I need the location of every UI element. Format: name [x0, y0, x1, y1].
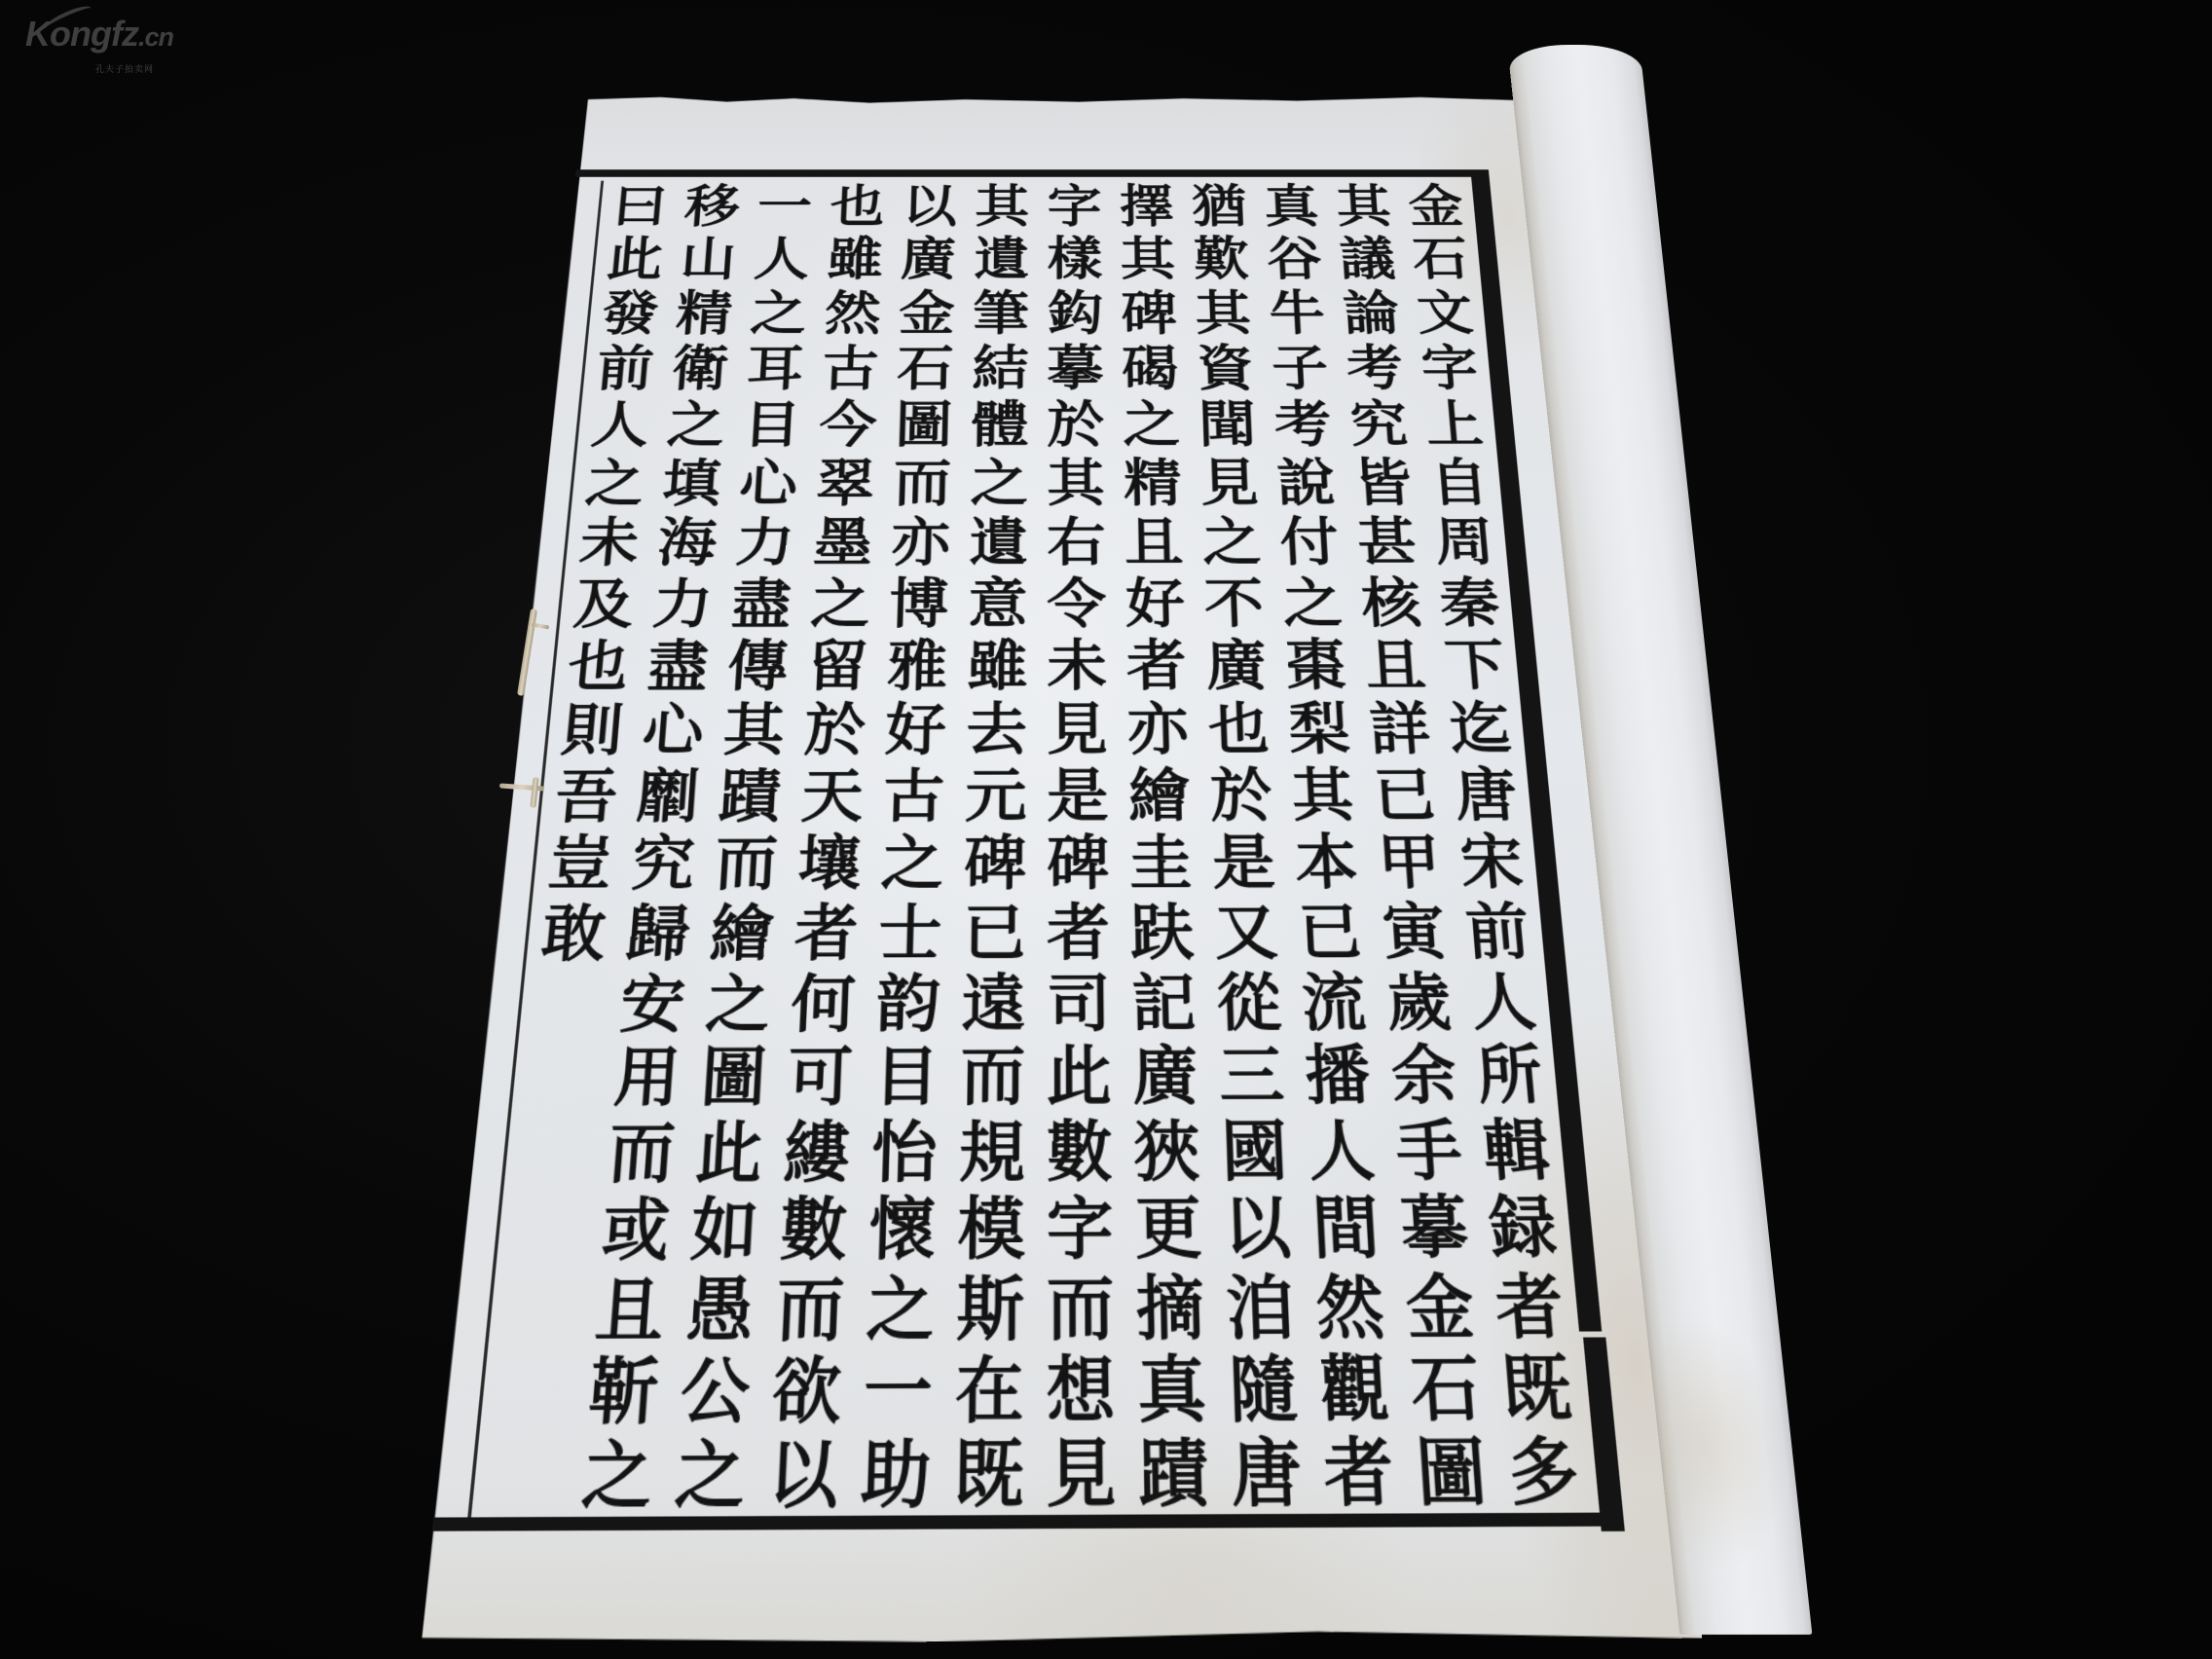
book-page: 金石文字上自周秦下迄唐宋前人所輯録者既多 其議論考究皆甚核且詳已甲寅歲余手摹金石…: [435, 173, 1608, 1524]
text-column-6: 字樣鈎摹於其右令未見是碑者司此數字而想見: [1038, 182, 1113, 1536]
watermark-logo: Kongfz.cn 孔夫子拍卖网: [23, 8, 194, 80]
watermark-brand-domain: .cn: [138, 22, 173, 52]
watermark-brand-name: Kongfz: [25, 14, 138, 54]
frame-border-top: [575, 169, 1490, 177]
watermark-subtitle: 孔夫子拍卖网: [95, 62, 154, 75]
watermark-brand: Kongfz.cn: [25, 14, 173, 55]
